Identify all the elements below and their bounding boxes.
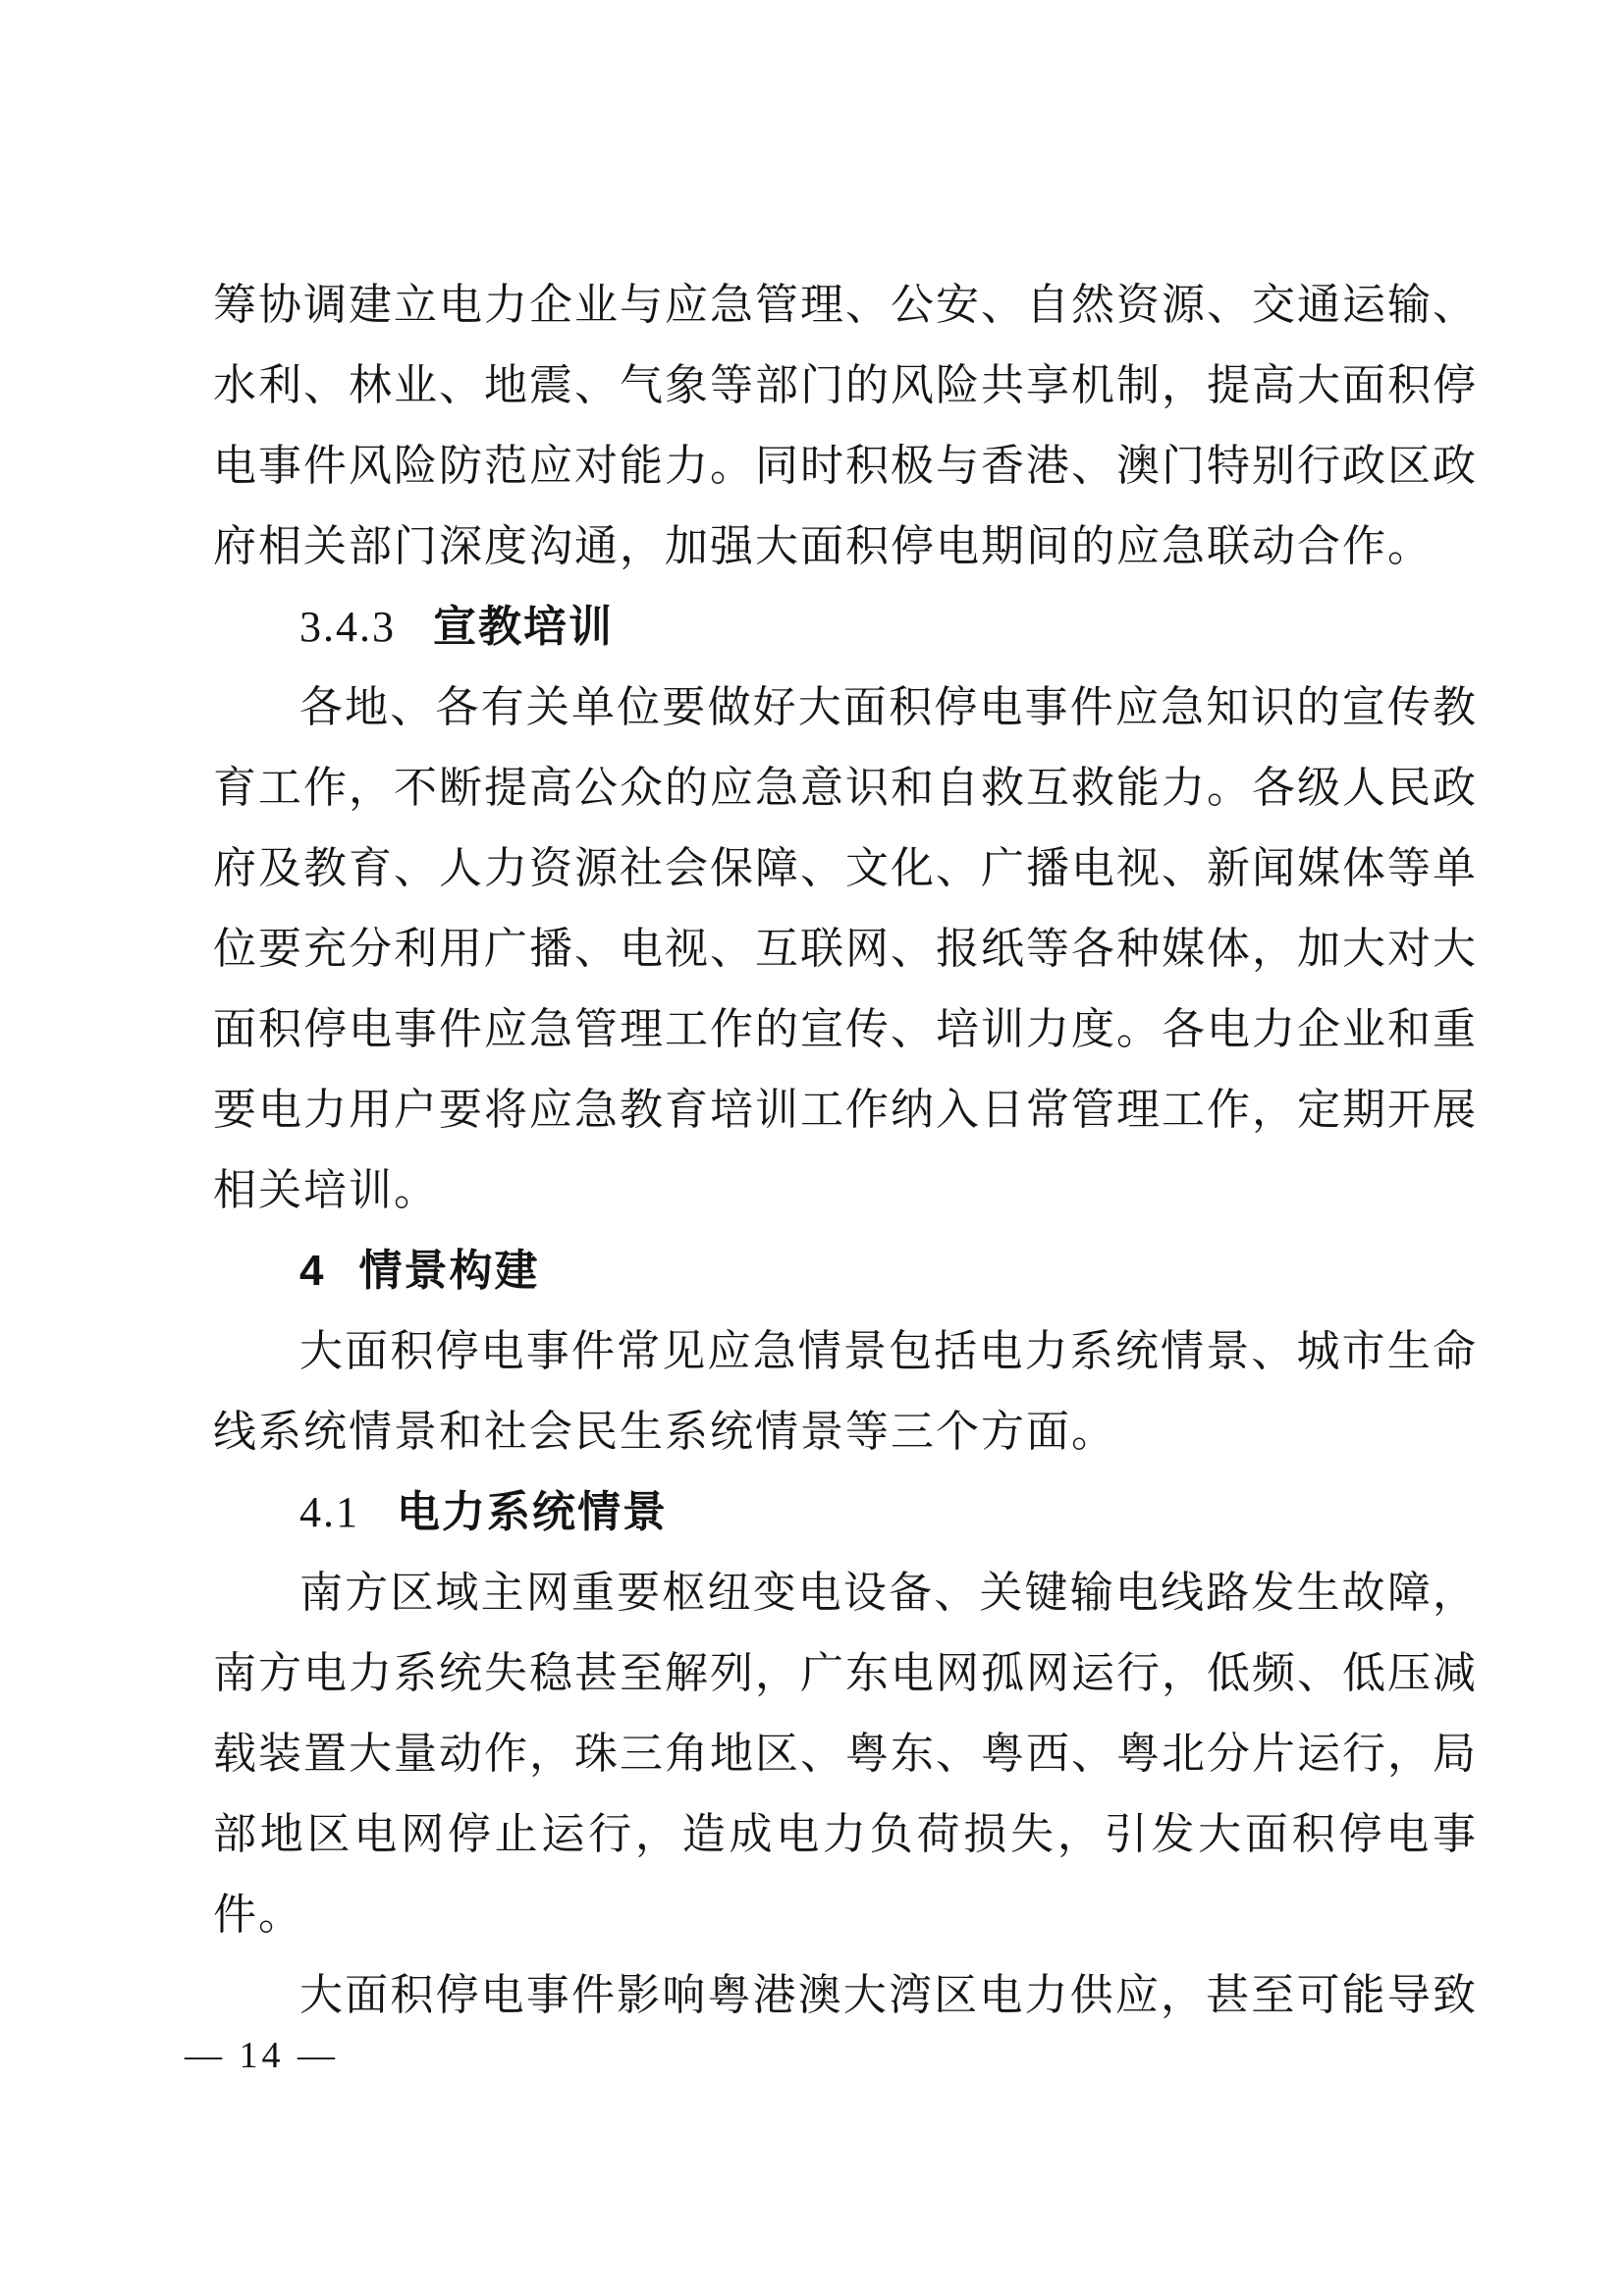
section-heading: 3.4.3宣教培训 (213, 587, 1478, 667)
document-page: 筹协调建立电力企业与应急管理、公安、自然资源、交通运输、水利、林业、地震、气象等… (0, 0, 1624, 2296)
text-line: 电事件风险防范应对能力。同时积极与香港、澳门特别行政区政 (213, 426, 1478, 507)
text-line: 府及教育、人力资源社会保障、文化、广播电视、新闻媒体等单 (213, 828, 1478, 909)
text-line: 水利、林业、地震、气象等部门的风险共享机制，提高大面积停 (213, 346, 1478, 426)
text-line: 大面积停电事件影响粤港澳大湾区电力供应，甚至可能导致 (213, 1955, 1478, 2036)
heading-number: 4 (299, 1247, 325, 1295)
text-line: 部地区电网停止运行，造成电力负荷损失，引发大面积停电事 (213, 1794, 1478, 1875)
document-body: 筹协调建立电力企业与应急管理、公安、自然资源、交通运输、水利、林业、地震、气象等… (213, 265, 1478, 2036)
text-line: 府相关部门深度沟通，加强大面积停电期间的应急联动合作。 (213, 507, 1478, 587)
text-line: 筹协调建立电力企业与应急管理、公安、自然资源、交通运输、 (213, 265, 1478, 346)
text-line: 要电力用户要将应急教育培训工作纳入日常管理工作，定期开展 (213, 1070, 1478, 1150)
section-heading: 4情景构建 (213, 1231, 1478, 1311)
text-line: 育工作，不断提高公众的应急意识和自救互救能力。各级人民政 (213, 748, 1478, 828)
heading-title: 宣教培训 (433, 603, 614, 651)
text-line: 件。 (213, 1875, 1478, 1955)
text-line: 线系统情景和社会民生系统情景等三个方面。 (213, 1392, 1478, 1472)
text-line: 载装置大量动作，珠三角地区、粤东、粤西、粤北分片运行，局 (213, 1714, 1478, 1794)
page-number: — 14 — (185, 2034, 339, 2077)
text-line: 南方区域主网重要枢纽变电设备、关键输电线路发生故障， (213, 1553, 1478, 1633)
text-line: 大面积停电事件常见应急情景包括电力系统情景、城市生命 (213, 1311, 1478, 1392)
text-line: 相关培训。 (213, 1150, 1478, 1231)
heading-number: 3.4.3 (299, 603, 396, 651)
section-heading: 4.1电力系统情景 (213, 1472, 1478, 1553)
text-line: 位要充分利用广播、电视、互联网、报纸等各种媒体，加大对大 (213, 909, 1478, 989)
text-line: 面积停电事件应急管理工作的宣传、培训力度。各电力企业和重 (213, 989, 1478, 1070)
text-line: 各地、各有关单位要做好大面积停电事件应急知识的宣传教 (213, 667, 1478, 748)
text-line: 南方电力系统失稳甚至解列，广东电网孤网运行，低频、低压减 (213, 1633, 1478, 1714)
heading-title: 情景构建 (358, 1247, 539, 1295)
heading-title: 电力系统情景 (397, 1488, 668, 1536)
heading-number: 4.1 (299, 1488, 359, 1536)
